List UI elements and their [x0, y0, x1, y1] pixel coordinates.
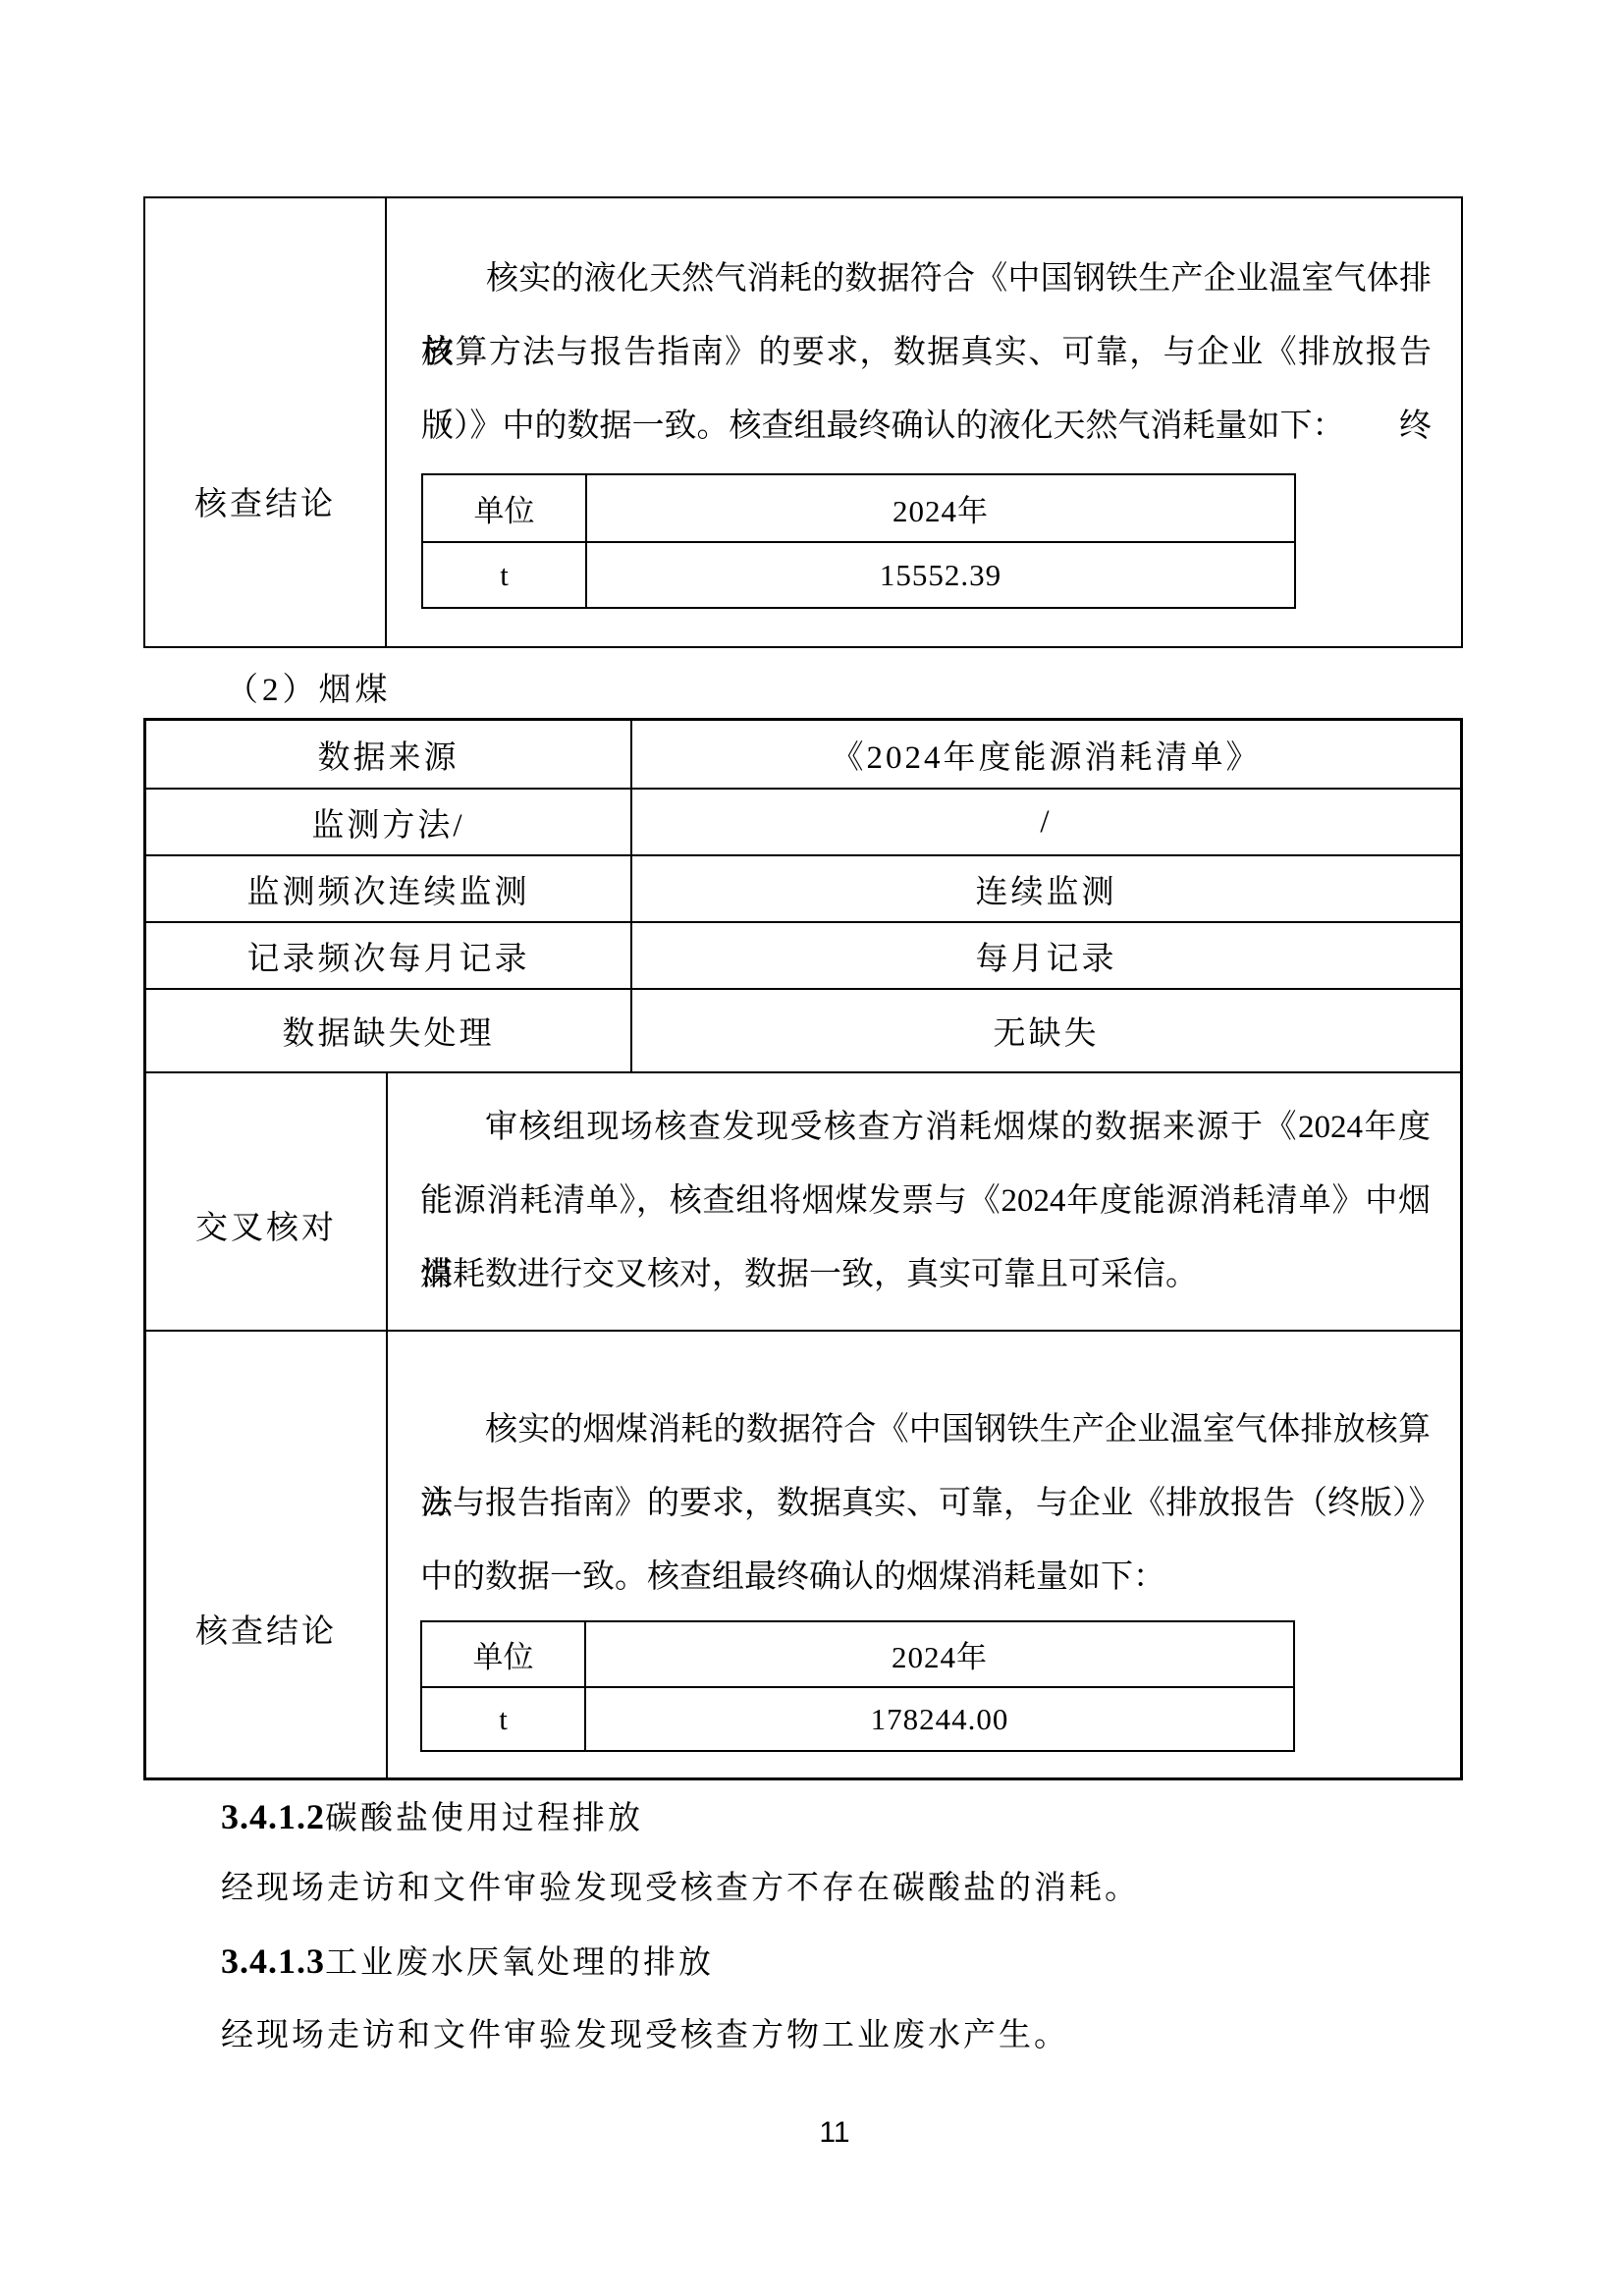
table-row: 监测频次连续监测 连续监测 — [146, 856, 1460, 923]
section-heading-3412: 3.4.1.2碳酸盐使用过程排放 — [221, 1792, 643, 1838]
section-paragraph: 经现场走访和文件审验发现受核查方物工业废水产生。 — [221, 2009, 1069, 2055]
paragraph-line: 能源消耗清单》，核查组将烟煤发票与《2024年度能源消耗清单》中烟煤 — [420, 1165, 1431, 1238]
monitor-frequency-label: 监测频次连续监测 — [146, 856, 632, 921]
section-title: 工业废水厌氧处理的排放 — [325, 1945, 714, 1981]
lng-conclusion-table: 核查结论 核实的液化天然气消耗的数据符合《中国钢铁生产企业温室气体排放 核算方法… — [143, 196, 1463, 648]
data-source-label: 数据来源 — [146, 721, 632, 788]
cross-check-content: 审核组现场核查发现受核查方消耗烟煤的数据来源于《2024年度 能源消耗清单》，核… — [388, 1073, 1460, 1330]
unit-value-cell: t — [423, 543, 587, 607]
section-title: 碳酸盐使用过程排放 — [325, 1801, 643, 1836]
amount-value-cell: 178244.00 — [586, 1688, 1293, 1750]
unit-header-cell: 单位 — [422, 1622, 586, 1686]
subsection-heading-coal: （2）烟煤 — [226, 664, 392, 710]
unit-value-cell: t — [422, 1688, 586, 1750]
lng-consumption-table: 单位 2024年 t 15552.39 — [421, 473, 1296, 609]
paragraph-line: 消耗数进行交叉核对，数据一致，真实可靠且可采信。 — [420, 1238, 1431, 1312]
data-source-value: 《2024年度能源消耗清单》 — [632, 721, 1460, 788]
section-paragraph: 经现场走访和文件审验发现受核查方不存在碳酸盐的消耗。 — [221, 1862, 1140, 1908]
conclusion-row-content: 核实的烟煤消耗的数据符合《中国钢铁生产企业温室气体排放核算方 法与报告指南》的要… — [388, 1332, 1460, 1777]
section-heading-3413: 3.4.1.3工业废水厌氧处理的排放 — [221, 1937, 714, 1983]
paragraph-line: 核算方法与报告指南》的要求，数据真实、可靠，与企业《排放报告（终 — [421, 316, 1432, 390]
paragraph-line: 版）》中的数据一致。核查组最终确认的液化天然气消耗量如下： — [421, 390, 1432, 464]
cross-check-label: 交叉核对 — [146, 1073, 388, 1330]
table-row: t 178244.00 — [422, 1686, 1293, 1750]
coal-data-table: 数据来源 《2024年度能源消耗清单》 监测方法/ / 监测频次连续监测 连续监… — [143, 718, 1463, 1780]
table-row: 数据来源 《2024年度能源消耗清单》 — [146, 721, 1460, 790]
monitor-frequency-value: 连续监测 — [632, 856, 1460, 921]
conclusion-row-label: 核查结论 — [145, 198, 387, 646]
section-number: 3.4.1.3 — [221, 1941, 325, 1981]
missing-data-label: 数据缺失处理 — [146, 990, 632, 1071]
unit-header-cell: 单位 — [423, 475, 587, 541]
conclusion-row-label: 核查结论 — [146, 1332, 388, 1777]
monitor-method-value: / — [632, 790, 1460, 854]
record-frequency-value: 每月记录 — [632, 923, 1460, 988]
paragraph-line: 中的数据一致。核查组最终确认的烟煤消耗量如下： — [420, 1541, 1431, 1614]
table-row: 监测方法/ / — [146, 790, 1460, 856]
table-row: 数据缺失处理 无缺失 — [146, 990, 1460, 1073]
document-page: 核查结论 核实的液化天然气消耗的数据符合《中国钢铁生产企业温室气体排放 核算方法… — [0, 0, 1623, 2296]
year-header-cell: 2024年 — [586, 1622, 1293, 1686]
monitor-method-label: 监测方法/ — [146, 790, 632, 854]
section-number: 3.4.1.2 — [221, 1797, 325, 1836]
paragraph-line: 法与报告指南》的要求，数据真实、可靠，与企业《排放报告（终版）》 — [420, 1467, 1431, 1541]
table-row: 记录频次每月记录 每月记录 — [146, 923, 1460, 990]
record-frequency-label: 记录频次每月记录 — [146, 923, 632, 988]
coal-conclusion-row: 核查结论 核实的烟煤消耗的数据符合《中国钢铁生产企业温室气体排放核算方 法与报告… — [146, 1330, 1460, 1777]
table-row: 单位 2024年 — [422, 1622, 1293, 1686]
coal-consumption-table: 单位 2024年 t 178244.00 — [420, 1620, 1295, 1752]
paragraph-line: 核实的液化天然气消耗的数据符合《中国钢铁生产企业温室气体排放 — [421, 243, 1432, 316]
table-row: 单位 2024年 — [423, 475, 1294, 541]
table-row: t 15552.39 — [423, 541, 1294, 607]
paragraph-line: 审核组现场核查发现受核查方消耗烟煤的数据来源于《2024年度 — [420, 1091, 1431, 1165]
year-header-cell: 2024年 — [587, 475, 1294, 541]
conclusion-row-content: 核实的液化天然气消耗的数据符合《中国钢铁生产企业温室气体排放 核算方法与报告指南… — [389, 198, 1461, 646]
paragraph-line: 核实的烟煤消耗的数据符合《中国钢铁生产企业温室气体排放核算方 — [420, 1394, 1431, 1467]
cross-check-row: 交叉核对 审核组现场核查发现受核查方消耗烟煤的数据来源于《2024年度 能源消耗… — [146, 1073, 1460, 1330]
missing-data-value: 无缺失 — [632, 990, 1460, 1071]
amount-value-cell: 15552.39 — [587, 543, 1294, 607]
page-number: 11 — [0, 2116, 1623, 2150]
